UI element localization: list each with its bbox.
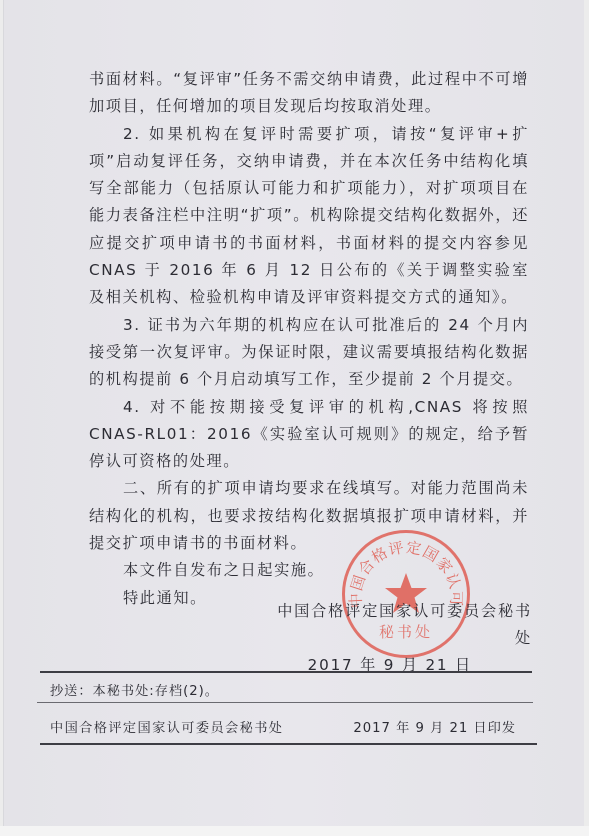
signature-date: 2017 年 9 月 21 日	[272, 652, 532, 679]
footer-issuer: 中国合格评定国家认可委员会秘书处	[50, 717, 283, 736]
paragraph-item-4: 4. 对不能按期接受复评审的机构,CNAS 将按照 CNAS-RL01：2016…	[89, 394, 529, 476]
footer-middle-rule	[37, 702, 533, 703]
footer-bottom-rule	[40, 743, 537, 745]
paragraph-item-2: 2. 如果机构在复评时需要扩项，请按“复评审+扩项”启动复评任务，交纳申请费，并…	[89, 121, 529, 312]
document-page: 书面材料。“复评审”任务不需交纳申请费，此过程中不可增加项目，任何增加的项目发现…	[3, 0, 584, 826]
document-body: 书面材料。“复评审”任务不需交纳申请费，此过程中不可增加项目，任何增加的项目发现…	[89, 66, 529, 612]
signature-organization: 中国合格评定国家认可委员会秘书处	[272, 598, 532, 652]
footer-issue-date: 2017 年 9 月 21 日印发	[353, 717, 516, 736]
signature-block: 中国合格评定国家认可委员会秘书处 2017 年 9 月 21 日	[272, 598, 532, 679]
footer-top-rule	[40, 671, 532, 673]
cc-line: 抄送：本秘书处:存档(2)。	[50, 680, 219, 699]
paragraph-continuation: 书面材料。“复评审”任务不需交纳申请费，此过程中不可增加项目，任何增加的项目发现…	[89, 66, 529, 121]
scan-edge	[0, 826, 589, 836]
paragraph-item-3: 3. 证书为六年期的机构应在认可批准后的 24 个月内接受第一次复评审。为保证时…	[89, 312, 529, 394]
